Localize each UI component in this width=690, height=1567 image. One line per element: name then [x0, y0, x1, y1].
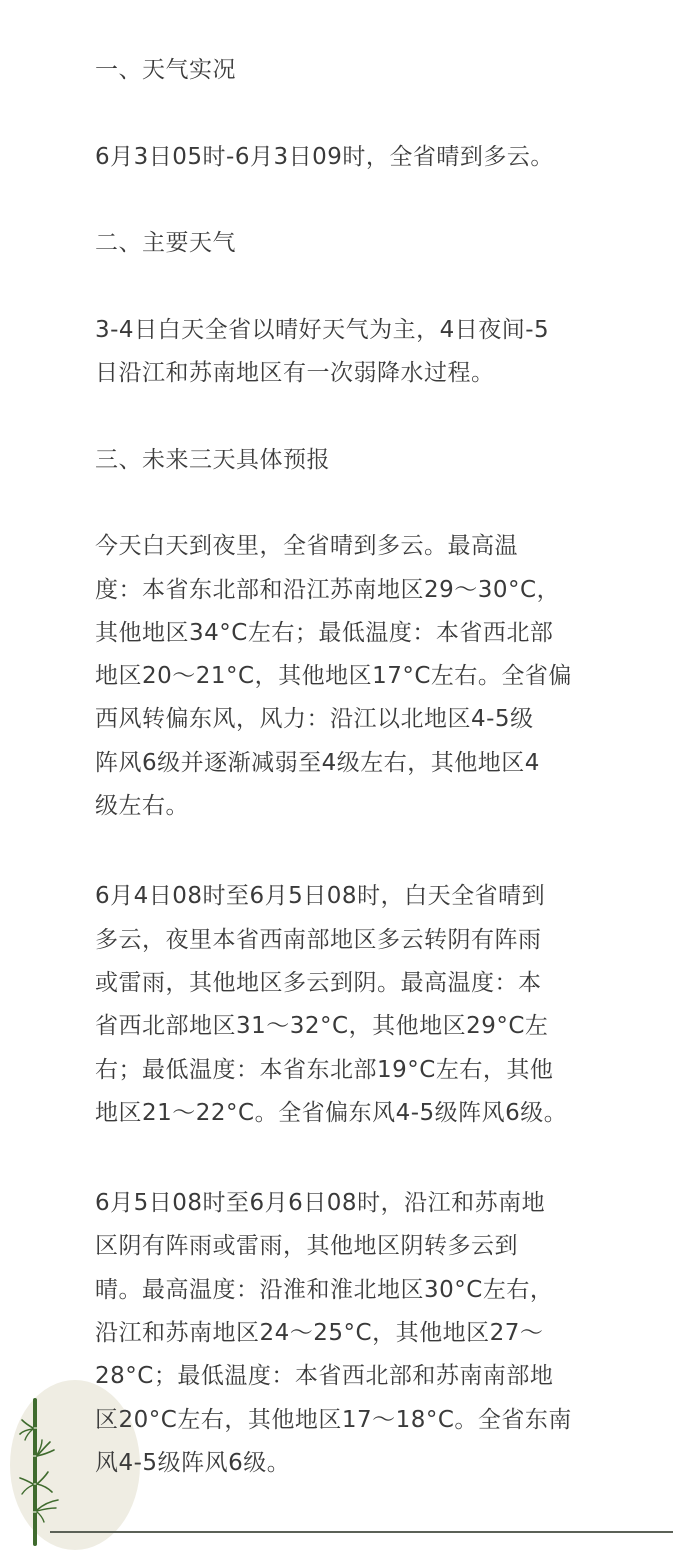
paragraph-line: 其他地区34°C左右；最低温度：本省西北部	[95, 612, 650, 655]
paragraph-line: 6月3日05时-6月3日09时，全省晴到多云。	[95, 136, 650, 179]
divider-line	[50, 1531, 673, 1533]
paragraph-line: 6月5日08时至6月6日08时，沿江和苏南地	[95, 1182, 650, 1225]
paragraph-line: 今天白天到夜里，全省晴到多云。最高温	[95, 525, 650, 568]
paragraph-line: 右；最低温度：本省东北部19°C左右，其他	[95, 1049, 650, 1092]
paragraph-line: 或雷雨，其他地区多云到阴。最高温度：本	[95, 962, 650, 1005]
section-heading: 一、天气实况	[95, 49, 650, 92]
paragraph-line: 风4-5级阵风6级。	[95, 1442, 650, 1485]
paragraph-line: 地区20～21°C，其他地区17°C左右。全省偏	[95, 655, 650, 698]
paragraph-line: 地区21～22°C。全省偏东风4-5级阵风6级。	[95, 1092, 650, 1135]
paragraph-line: 6月4日08时至6月5日08时，白天全省晴到	[95, 875, 650, 918]
paragraph-line: 沿江和苏南地区24～25°C，其他地区27～	[95, 1312, 650, 1355]
paragraph-line: 区阴有阵雨或雷雨，其他地区阴转多云到	[95, 1225, 650, 1268]
paragraph-line: 3-4日白天全省以晴好天气为主，4日夜间-5	[95, 309, 650, 352]
section-heading: 三、未来三天具体预报	[95, 439, 650, 482]
paragraph-line: 28°C；最低温度：本省西北部和苏南南部地	[95, 1355, 650, 1398]
paragraph-line: 阵风6级并逐渐减弱至4级左右，其他地区4	[95, 742, 650, 785]
paragraph-line: 度：本省东北部和沿江苏南地区29～30°C，	[95, 569, 650, 612]
paragraph-line: 省西北部地区31～32°C，其他地区29°C左	[95, 1005, 650, 1048]
paragraph-line: 区20°C左右，其他地区17～18°C。全省东南	[95, 1399, 650, 1442]
section-heading: 二、主要天气	[95, 222, 650, 265]
paragraph-line: 级左右。	[95, 785, 650, 828]
paragraph-line: 晴。最高温度：沿淮和淮北地区30°C左右，	[95, 1269, 650, 1312]
article-body: 一、天气实况 6月3日05时-6月3日09时，全省晴到多云。 二、主要天气 3-…	[95, 49, 650, 1485]
paragraph-line: 日沿江和苏南地区有一次弱降水过程。	[95, 352, 650, 395]
paragraph-line: 多云，夜里本省西南部地区多云转阴有阵雨	[95, 919, 650, 962]
paragraph-line: 西风转偏东风，风力：沿江以北地区4-5级	[95, 698, 650, 741]
bamboo-icon	[14, 1398, 64, 1548]
